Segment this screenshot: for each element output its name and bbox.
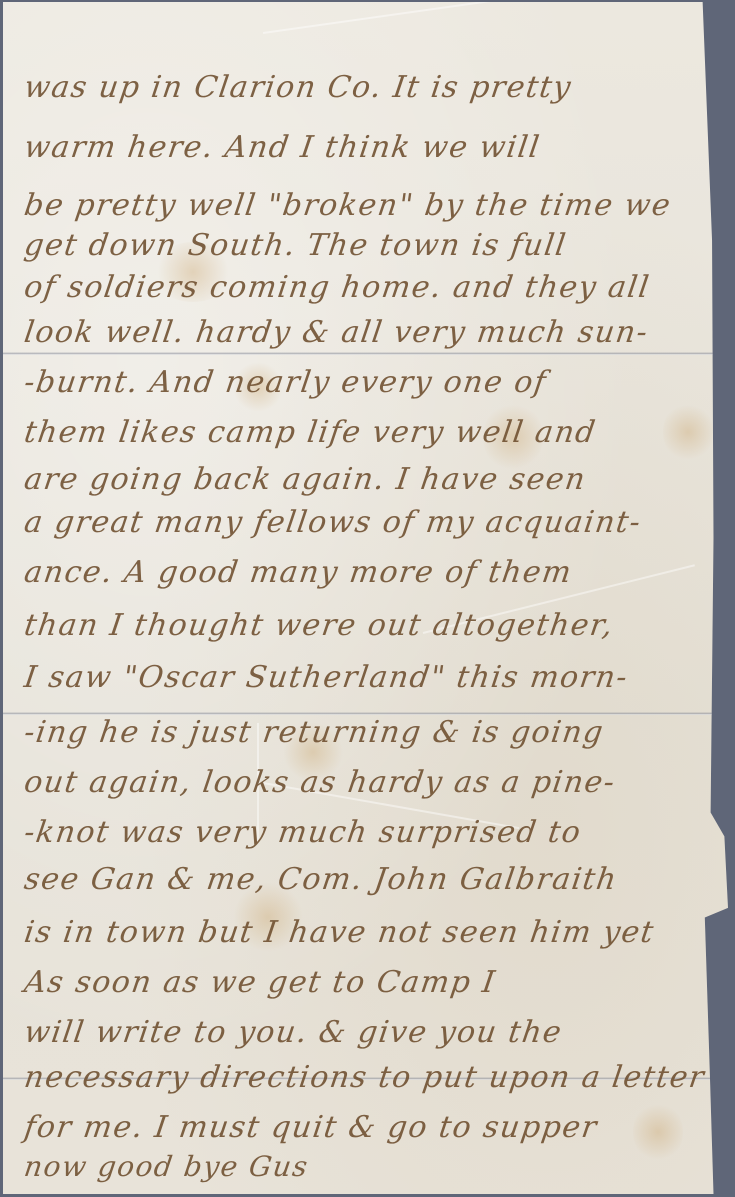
letter-line: see Gan & me, Com. John Galbraith bbox=[22, 862, 620, 897]
letter-line: are going back again. I have seen bbox=[22, 462, 588, 497]
letter-line: out again, looks as hardy as a pine- bbox=[22, 765, 618, 800]
letter-line: will write to you. & give you the bbox=[22, 1015, 565, 1050]
letter-line: for me. I must quit & go to supper bbox=[22, 1110, 600, 1145]
letter-line: is in town but I have not seen him yet bbox=[22, 915, 657, 950]
letter-body: was up in Clarion Co. It is pretty warm … bbox=[0, 0, 735, 1197]
letter-line: -ing he is just returning & is going bbox=[22, 715, 606, 750]
letter-closing-signature: now good bye Gus bbox=[22, 1150, 311, 1183]
letter-line: As soon as we get to Camp I bbox=[22, 965, 498, 1000]
letter-line: was up in Clarion Co. It is pretty bbox=[22, 70, 574, 105]
letter-line: be pretty well "broken" by the time we bbox=[22, 188, 674, 223]
letter-line: than I thought were out altogether, bbox=[22, 608, 616, 643]
letter-line: of soldiers coming home. and they all bbox=[22, 270, 652, 305]
letter-line: them likes camp life very well and bbox=[22, 415, 599, 450]
letter-line: I saw "Oscar Sutherland" this morn- bbox=[22, 660, 631, 695]
letter-line: -knot was very much surprised to bbox=[22, 815, 584, 850]
letter-line: -burnt. And nearly every one of bbox=[22, 365, 549, 400]
letter-line: a great many fellows of my acquaint- bbox=[22, 505, 644, 540]
letter-line: warm here. And I think we will bbox=[22, 130, 543, 165]
letter-line: necessary directions to put upon a lette… bbox=[22, 1060, 707, 1095]
letter-line: look well. hardy & all very much sun- bbox=[22, 315, 651, 350]
letter-line: ance. A good many more of them bbox=[22, 555, 575, 590]
letter-line: get down South. The town is full bbox=[22, 228, 569, 263]
